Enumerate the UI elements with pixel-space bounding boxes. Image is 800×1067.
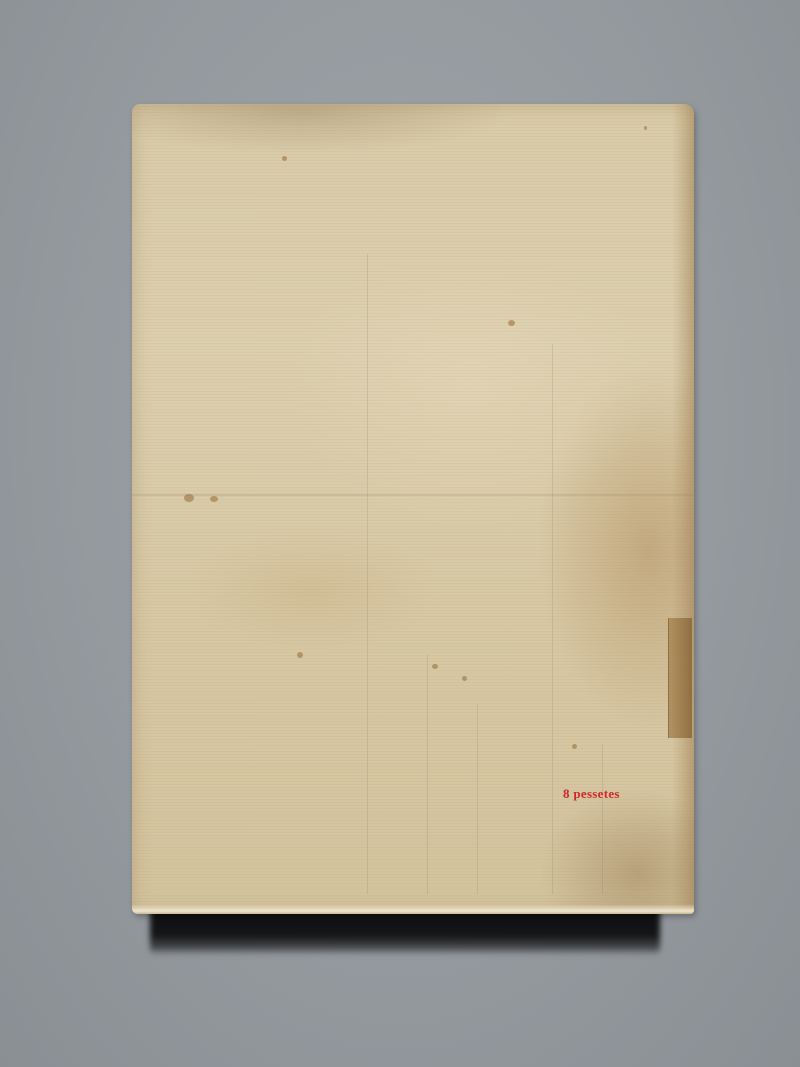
foxing-stain [432, 664, 438, 669]
foxing-stain [184, 494, 194, 502]
foxing-stain [508, 320, 515, 326]
photo-scene: 8 pessetes [0, 0, 800, 1067]
cover-bottom-edge [132, 904, 694, 914]
foxing-stain [210, 496, 218, 502]
ghost-ornament-line [552, 344, 553, 894]
torn-label-remnant [668, 618, 692, 738]
foxing-stain [644, 126, 647, 130]
cover-edge-darkening [672, 104, 694, 914]
foxing-stain [462, 676, 467, 681]
ghost-ornament-line [477, 704, 478, 894]
foxing-stain [282, 156, 287, 161]
ghost-ornament-line [427, 654, 428, 894]
foxing-stain [572, 744, 577, 749]
price-label: 8 pessetes [563, 786, 620, 802]
ghost-ornament-line [367, 254, 368, 894]
foxing-stain [297, 652, 303, 658]
ghost-ornament-line [602, 744, 603, 894]
